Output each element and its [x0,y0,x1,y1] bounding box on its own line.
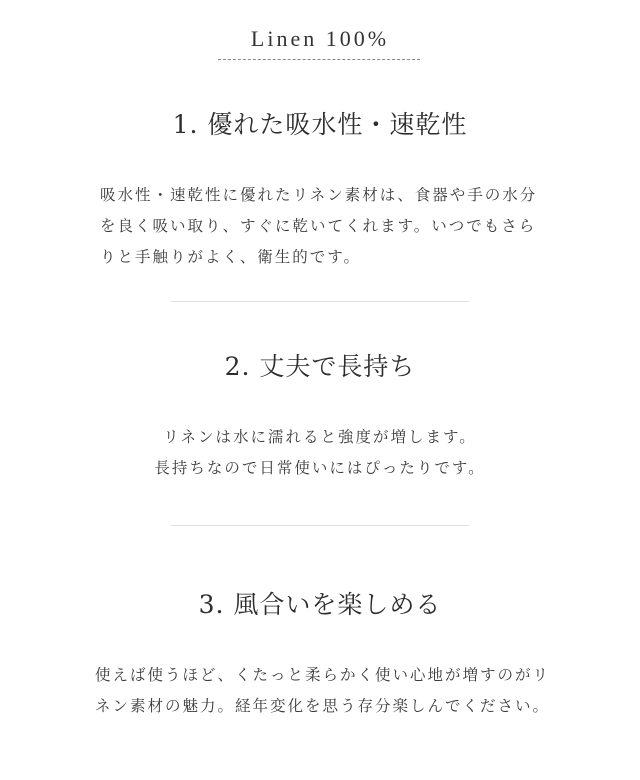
page-title: Linen 100% [251,24,389,54]
feature-section-absorbency: 1. 優れた吸水性・速乾性 吸水性・速乾性に優れたリネン素材は、食器や手の水分 … [0,108,640,273]
body-line: リネンは水に濡れると強度が増します。 [100,422,540,453]
section-body: 吸水性・速乾性に優れたリネン素材は、食器や手の水分 を良く吸い取り、すぐに乾いて… [100,180,540,273]
title-dashed-underline [218,59,420,60]
section-divider [171,525,469,526]
section-divider [171,301,469,302]
body-line: 使えば使うほど、くたっと柔らかく使い心地が増すのがリ [95,660,545,691]
body-line: 長持ちなので日常使いにはぴったりです。 [100,453,540,484]
body-line: を良く吸い取り、すぐに乾いてくれます。いつでもさら [100,211,540,242]
body-line: ネン素材の魅力。経年変化を思う存分楽しんでください。 [95,691,545,722]
body-line: りと手触りがよく、衛生的です。 [100,242,540,273]
feature-section-texture: 3. 風合いを楽しめる 使えば使うほど、くたっと柔らかく使い心地が増すのがリ ネ… [0,588,640,722]
body-line: 吸水性・速乾性に優れたリネン素材は、食器や手の水分 [100,180,540,211]
section-body: 使えば使うほど、くたっと柔らかく使い心地が増すのがリ ネン素材の魅力。経年変化を… [95,660,545,722]
linen-feature-page: Linen 100% 1. 優れた吸水性・速乾性 吸水性・速乾性に優れたリネン素… [0,0,640,780]
feature-section-durability: 2. 丈夫で長持ち リネンは水に濡れると強度が増します。 長持ちなので日常使いに… [0,350,640,484]
section-title: 2. 丈夫で長持ち [0,350,640,384]
section-title: 3. 風合いを楽しめる [0,588,640,622]
section-body: リネンは水に濡れると強度が増します。 長持ちなので日常使いにはぴったりです。 [100,422,540,484]
page-header: Linen 100% [0,24,640,54]
section-title: 1. 優れた吸水性・速乾性 [0,108,640,142]
